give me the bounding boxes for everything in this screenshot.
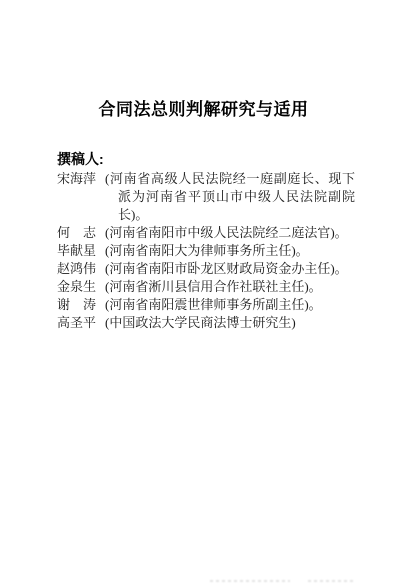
contributor-name: 赵鸿伟 <box>57 260 99 278</box>
contributor-name: 毕献星 <box>57 242 99 260</box>
book-page: 合同法总则判解研究与适用 撰稿人: 宋海萍 (河南省高级人民法院经一庭副庭长、现… <box>0 0 407 587</box>
scan-artifact-segment <box>210 580 290 582</box>
contributor-desc: (河南省南阳市中级人民法院经二庭法官)。 <box>105 224 355 242</box>
contributors-section: 撰稿人: 宋海萍 (河南省高级人民法院经一庭副庭长、现下派为河南省平顶山市中级人… <box>57 150 355 332</box>
scan-artifact <box>210 579 360 583</box>
page-title: 合同法总则判解研究与适用 <box>0 95 407 120</box>
scan-artifact-segment <box>308 580 354 582</box>
contributor-name: 高圣平 <box>57 314 99 332</box>
contributor-row: 高圣平 (中国政法大学民商法博士研究生) <box>57 314 355 332</box>
contributor-row: 谢 涛 (河南省南阳震世律师事务所副主任)。 <box>57 296 355 314</box>
contributor-row: 何 志 (河南省南阳市中级人民法院经二庭法官)。 <box>57 224 355 242</box>
contributor-row: 毕献星 (河南省南阳大为律师事务所主任)。 <box>57 242 355 260</box>
contributor-desc: (中国政法大学民商法博士研究生) <box>105 314 355 332</box>
contributor-row: 赵鸿伟 (河南省南阳市卧龙区财政局资金办主任)。 <box>57 260 355 278</box>
contributor-row: 金泉生 (河南省淅川县信用合作社联社主任)。 <box>57 278 355 296</box>
contributor-desc: (河南省南阳大为律师事务所主任)。 <box>105 242 355 260</box>
contributor-name: 宋海萍 <box>57 170 99 188</box>
contributor-name: 金泉生 <box>57 278 99 296</box>
contributors-label: 撰稿人: <box>57 150 355 168</box>
contributor-desc: (河南省南阳市卧龙区财政局资金办主任)。 <box>105 260 355 278</box>
contributor-name: 谢 涛 <box>57 296 99 314</box>
contributor-desc: (河南省高级人民法院经一庭副庭长、现下派为河南省平顶山市中级人民法院副院长)。 <box>105 170 355 224</box>
contributor-name: 何 志 <box>57 224 99 242</box>
contributor-row: 宋海萍 (河南省高级人民法院经一庭副庭长、现下派为河南省平顶山市中级人民法院副院… <box>57 170 355 224</box>
contributor-desc: (河南省淅川县信用合作社联社主任)。 <box>105 278 355 296</box>
contributor-desc: (河南省南阳震世律师事务所副主任)。 <box>105 296 355 314</box>
